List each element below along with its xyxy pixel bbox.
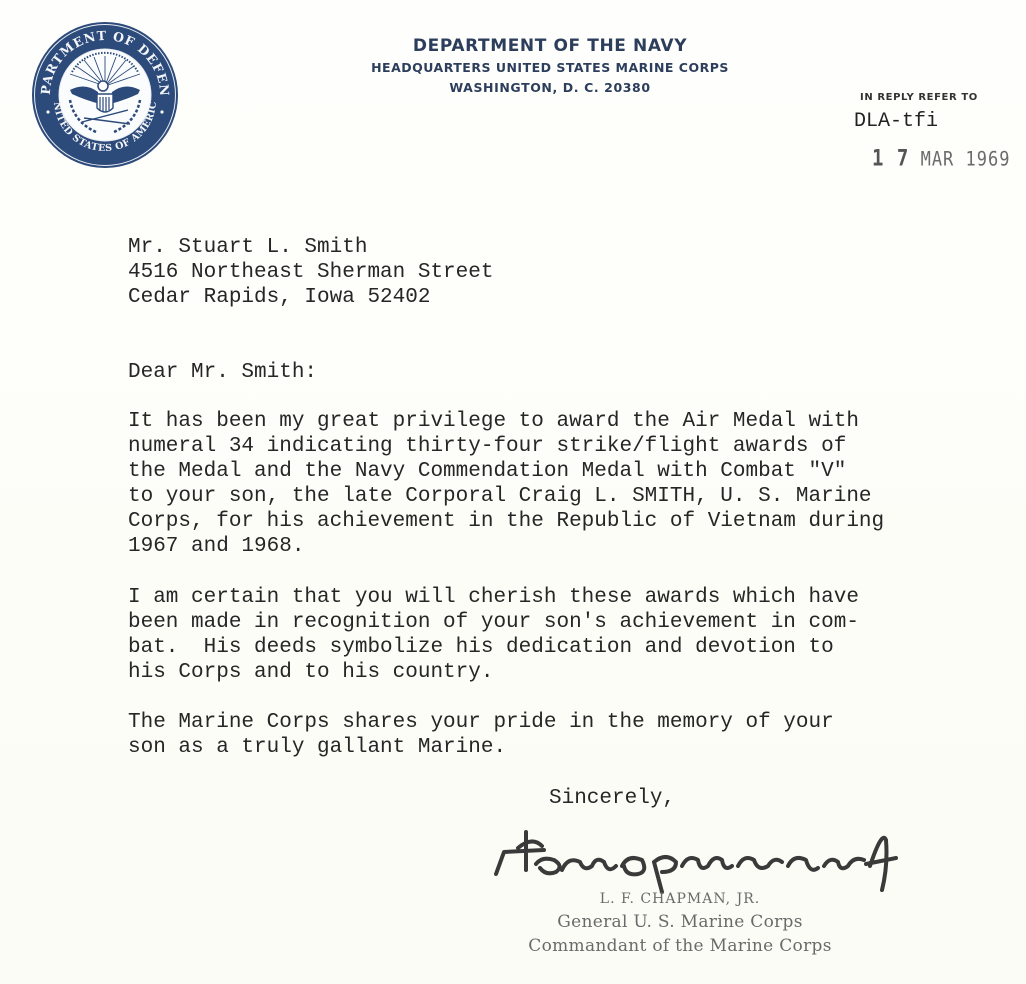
body-paragraph-1: It has been my great privilege to award …	[128, 409, 884, 559]
date-stamp: 1 7 MAR 1969	[872, 146, 1010, 171]
paragraph-line: the Medal and the Navy Commendation Meda…	[128, 459, 884, 484]
closing: Sincerely,	[549, 786, 675, 811]
letterhead-subtitle: HEADQUARTERS UNITED STATES MARINE CORPS	[320, 58, 780, 78]
signer-rank: General U. S. Marine Corps	[500, 910, 860, 934]
paragraph-line: 1967 and 1968.	[128, 534, 884, 559]
letterhead-title: DEPARTMENT OF THE NAVY	[320, 34, 780, 58]
paragraph-line: bat. His deeds symbolize his dedication …	[128, 635, 859, 660]
paragraph-line: I am certain that you will cherish these…	[128, 585, 859, 610]
paragraph-line: to your son, the late Corporal Craig L. …	[128, 484, 884, 509]
recipient-address: Mr. Stuart L. Smith4516 Northeast Sherma…	[128, 235, 493, 310]
signature-block: L. F. CHAPMAN, JR. General U. S. Marine …	[500, 888, 860, 958]
body-paragraph-2: I am certain that you will cherish these…	[128, 585, 859, 685]
signer-name: L. F. CHAPMAN, JR.	[500, 888, 860, 910]
reference-code: DLA-tfi	[854, 110, 938, 133]
address-line: 4516 Northeast Sherman Street	[128, 260, 493, 285]
letterhead: DEPARTMENT OF THE NAVY HEADQUARTERS UNIT…	[320, 34, 780, 98]
paragraph-line: Corps, for his achievement in the Republ…	[128, 509, 884, 534]
signer-title: Commandant of the Marine Corps	[500, 934, 860, 958]
address-line: Cedar Rapids, Iowa 52402	[128, 285, 493, 310]
body-paragraph-3: The Marine Corps shares your pride in th…	[128, 710, 834, 760]
salutation: Dear Mr. Smith:	[128, 360, 317, 385]
paragraph-line: The Marine Corps shares your pride in th…	[128, 710, 834, 735]
address-line: Mr. Stuart L. Smith	[128, 235, 493, 260]
date-stamp-month-year: MAR 1969	[921, 148, 1011, 171]
paragraph-line: It has been my great privilege to award …	[128, 409, 884, 434]
date-stamp-day: 1 7	[872, 146, 909, 171]
paragraph-line: his Corps and to his country.	[128, 660, 859, 685]
paragraph-line: son as a truly gallant Marine.	[128, 735, 834, 760]
reply-refer-label: IN REPLY REFER TO	[860, 92, 978, 103]
department-of-defense-seal-icon: DEPARTMENT OF DEFENSE UNITED STATES OF A…	[30, 20, 180, 170]
letterhead-city: WASHINGTON, D. C. 20380	[320, 78, 780, 98]
paragraph-line: been made in recognition of your son's a…	[128, 610, 859, 635]
paragraph-line: numeral 34 indicating thirty-four strike…	[128, 434, 884, 459]
letter-page: DEPARTMENT OF DEFENSE UNITED STATES OF A…	[0, 0, 1026, 984]
